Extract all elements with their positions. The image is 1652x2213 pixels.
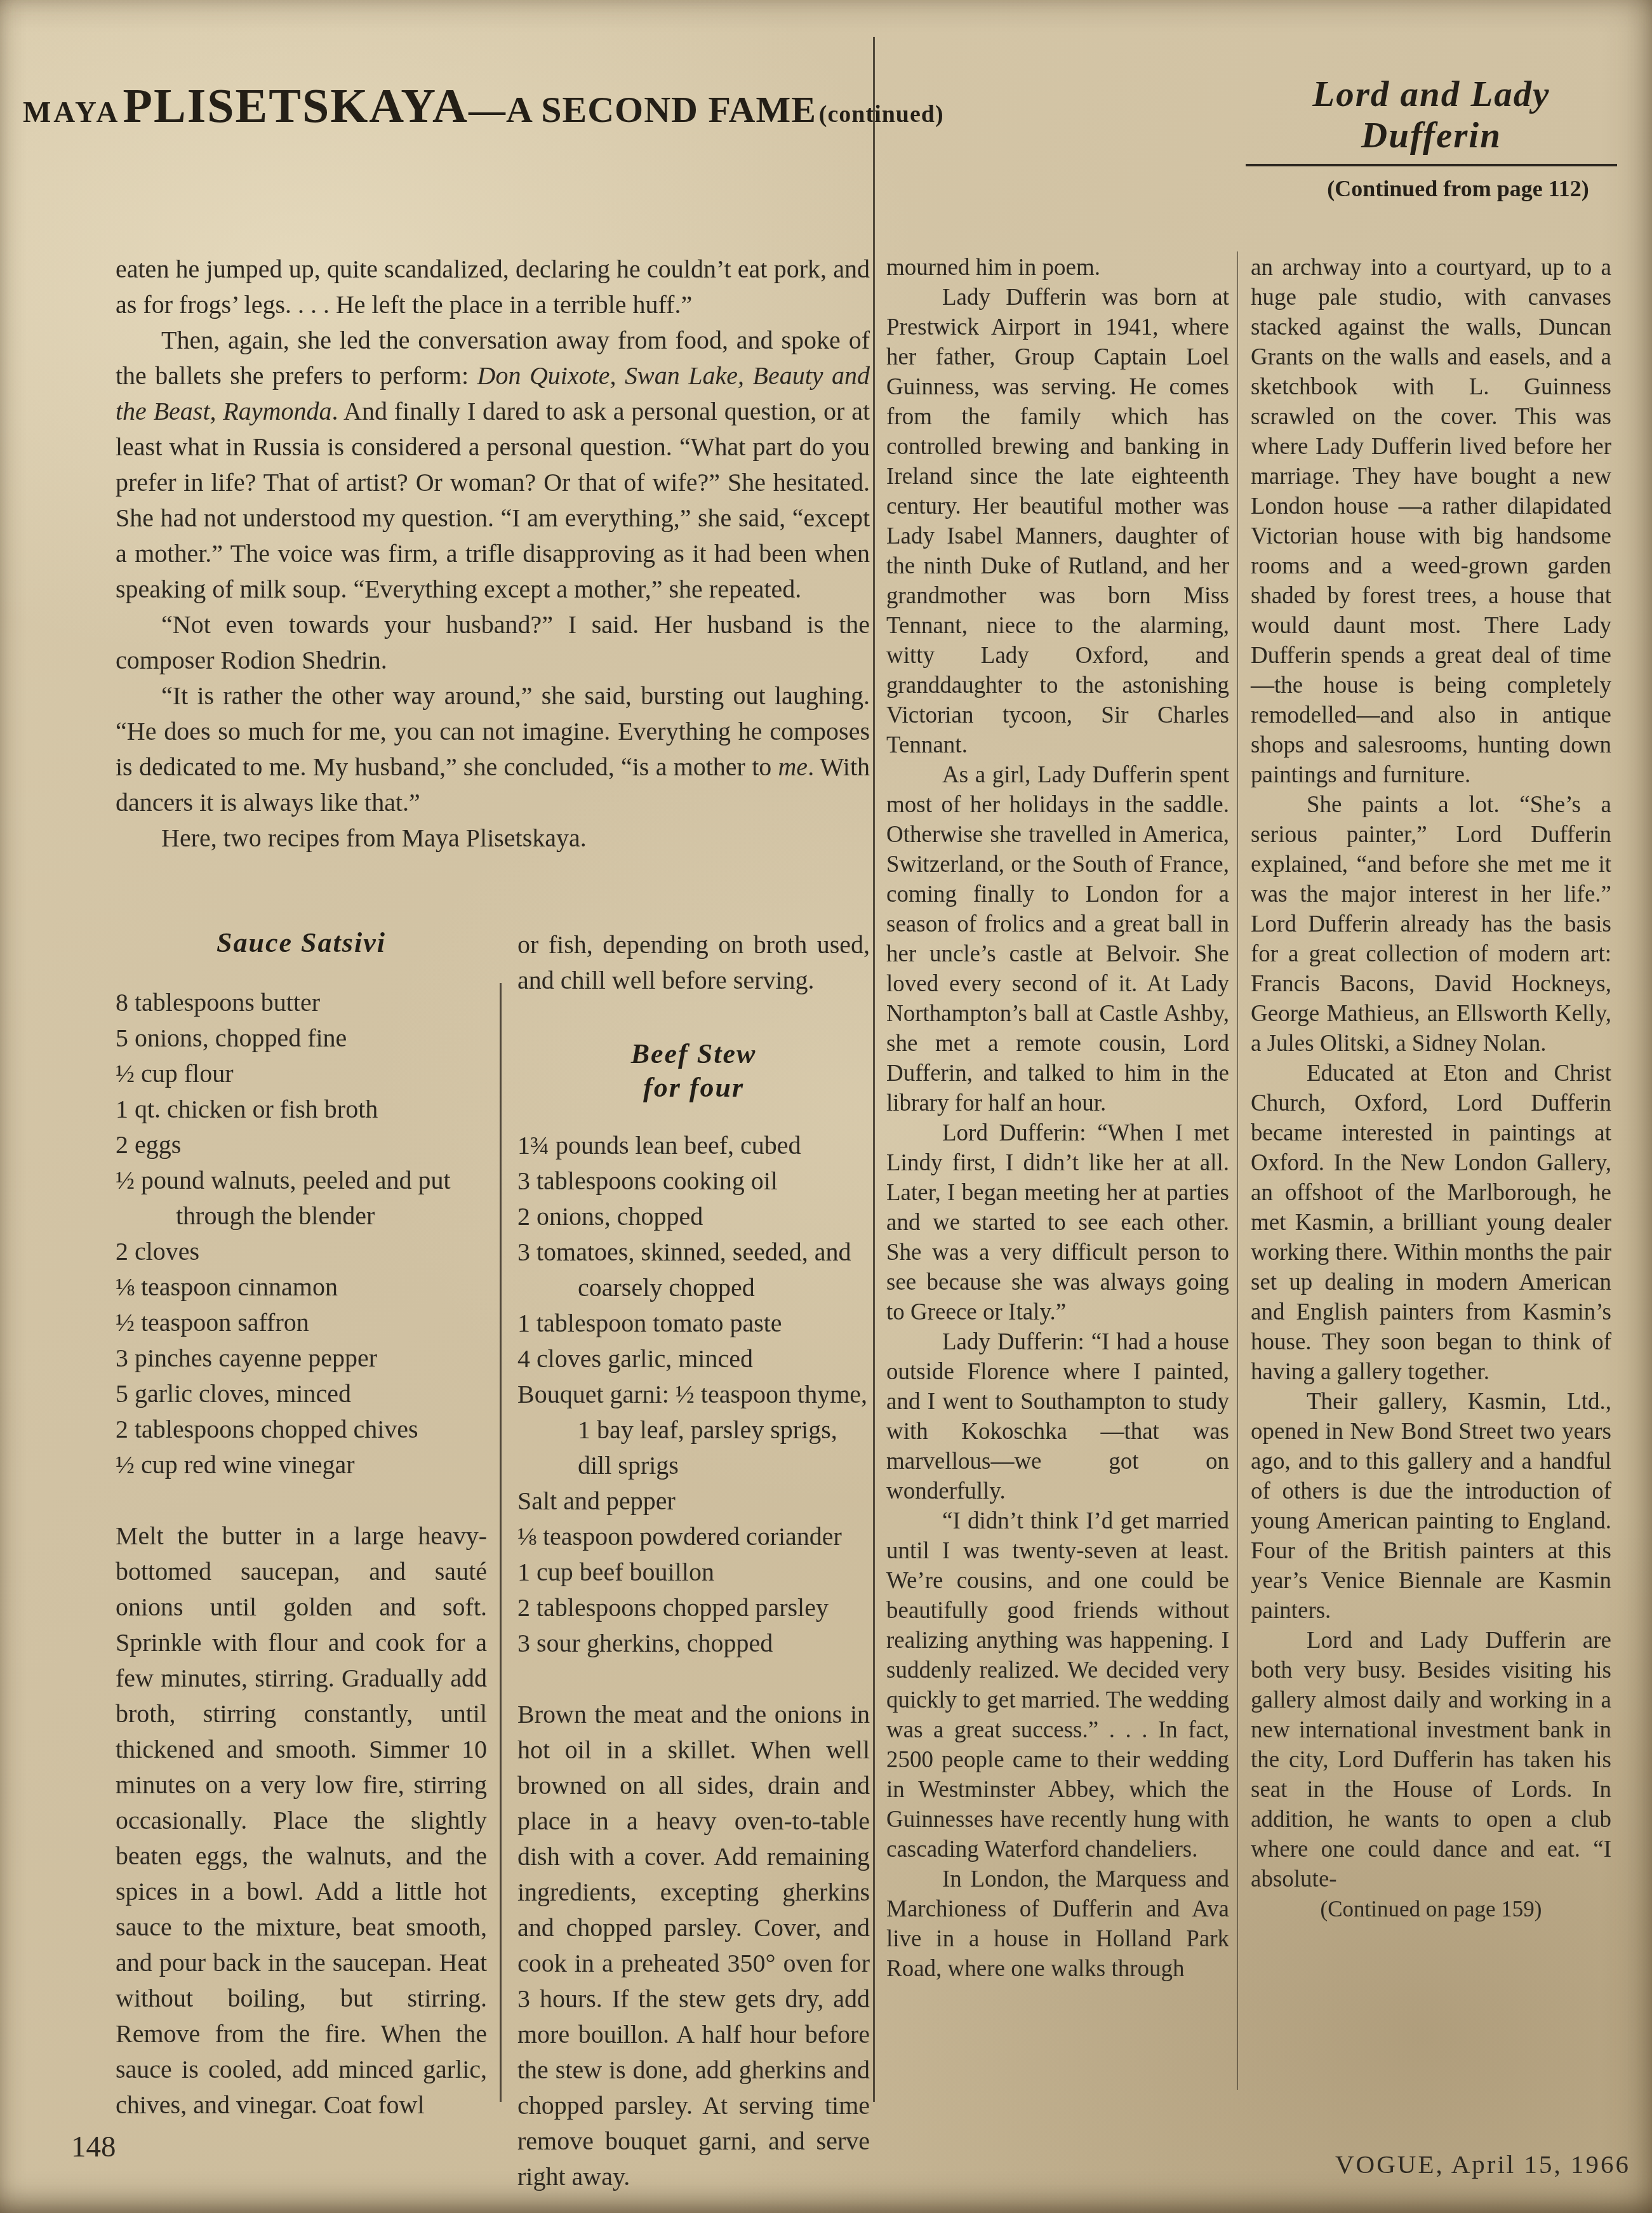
paragraph: Their gallery, Kasmin, Ltd., opened in N… [1251,1387,1611,1626]
ingredient: ½ pound walnuts, peeled and put through … [116,1163,487,1234]
continued-on-note: (Continued on page 159) [1251,1894,1611,1924]
ingredient: ½ cup flour [116,1056,487,1092]
ingredient: 1 qt. chicken or fish broth [116,1092,487,1127]
ingredient: 1¾ pounds lean beef, cubed [517,1128,870,1163]
recipe-beef-stew: or fish, depending on broth used, and ch… [517,927,870,2195]
paragraph: an archway into a courtyard, up to a hug… [1251,253,1611,790]
recipe-title-beef-stew: Beef Stew for four [517,1038,870,1105]
column-left: eaten he jumped up, quite scandalized, d… [116,251,870,2195]
ingredient: 2 eggs [116,1127,487,1163]
dufferin-title: Lord and Lady Dufferin [1246,74,1617,166]
ingredient: Salt and pepper [517,1483,870,1519]
article-header-dufferin: Lord and Lady Dufferin (Continued from p… [1246,74,1617,202]
paragraph: She paints a lot. “She’s a serious paint… [1251,790,1611,1059]
recipe-method-satsivi: Melt the butter in a large heavy-bottome… [116,1518,487,2123]
paragraph: mourned him in poem. [886,253,1229,283]
paragraph: As a girl, Lady Dufferin spent most of h… [886,760,1229,1118]
magazine-page: MAYA PLISETSKAYA—A SECOND FAME (continue… [0,0,1652,2213]
ingredient: 3 pinches cayenne pepper [116,1341,487,1376]
magazine-credit: VOGUE, April 15, 1966 [1335,2149,1630,2179]
ingredient: ⅛ teaspoon cinnamon [116,1269,487,1305]
paragraph: Lord Dufferin: “When I met Lindy first, … [886,1118,1229,1327]
header-title: PLISETSKAYA [123,79,469,133]
ingredient: Bouquet garni: ½ teaspoon thyme, 1 bay l… [517,1377,870,1483]
ingredient: ½ teaspoon saffron [116,1305,487,1341]
header-subtitle: —A SECOND FAME [469,89,816,130]
paragraph: eaten he jumped up, quite scandalized, d… [116,251,870,323]
ingredient: 1 cup beef bouillon [517,1554,870,1590]
ingredient: 3 sour gherkins, chopped [517,1626,870,1661]
ingredient: ⅛ teaspoon powdered coriander [517,1519,870,1554]
ingredient: 5 garlic cloves, minced [116,1376,487,1412]
paragraph: Then, again, she led the conversation aw… [116,323,870,607]
paragraph: Educated at Eton and Christ Church, Oxfo… [1251,1059,1611,1387]
ingredient: 2 tablespoons chopped chives [116,1412,487,1447]
column-middle: mourned him in poem. Lady Dufferin was b… [886,253,1229,1984]
ingredient: 4 cloves garlic, minced [517,1341,870,1377]
recipe-sauce-satsivi: Sauce Satsivi 8 tablespoons butter 5 oni… [116,927,487,2195]
dufferin-continued-from: (Continued from page 112) [1272,175,1644,202]
ingredient: 5 onions, chopped fine [116,1020,487,1056]
recipe-title-sauce-satsivi: Sauce Satsivi [116,927,487,959]
recipe-title-line2: for four [517,1071,870,1105]
ingredient-list-satsivi: 8 tablespoons butter 5 onions, chopped f… [116,985,487,1483]
page-number: 148 [71,2130,116,2164]
ingredient: 8 tablespoons butter [116,985,487,1020]
paragraph: “I didn’t think I’d get married until I … [886,1506,1229,1864]
ingredient: ½ cup red wine vinegar [116,1447,487,1483]
recipe-method-beef-stew: Brown the meat and the onions in hot oil… [517,1697,870,2195]
recipes-section: Sauce Satsivi 8 tablespoons butter 5 oni… [116,927,870,2195]
header-continued-note: (continued) [819,101,944,128]
paragraph: Lady Dufferin: “I had a house outside Fl… [886,1327,1229,1506]
column-divider-main [873,37,875,2102]
column-divider-right [1237,251,1238,2090]
ingredient: 3 tomatoes, skinned, seeded, and coarsel… [517,1234,870,1306]
paragraph: Lord and Lady Dufferin are both very bus… [1251,1626,1611,1894]
paragraph: Lady Dufferin was born at Prestwick Airp… [886,283,1229,760]
ingredient: 2 onions, chopped [517,1199,870,1234]
ingredient: 2 cloves [116,1234,487,1269]
ingredient: 2 tablespoons chopped parsley [517,1590,870,1626]
paragraph: In London, the Marquess and Marchioness … [886,1864,1229,1984]
ingredient: 1 tablespoon tomato paste [517,1306,870,1341]
paragraph: “Not even towards your husband?” I said.… [116,607,870,678]
ingredient-list-beef-stew: 1¾ pounds lean beef, cubed 3 tablespoons… [517,1128,870,1661]
column-right: an archway into a courtyard, up to a hug… [1251,253,1611,1924]
header-kicker: MAYA [23,96,121,129]
paragraph: “It is rather the other way around,” she… [116,678,870,820]
article-header-plisetskaya: MAYA PLISETSKAYA—A SECOND FAME (continue… [23,79,944,134]
ingredient: 3 tablespoons cooking oil [517,1163,870,1199]
recipe-lead-continuation: or fish, depending on broth used, and ch… [517,927,870,998]
recipe-title-line1: Beef Stew [517,1038,870,1071]
paragraph: Here, two recipes from Maya Plisetskaya. [116,820,870,856]
